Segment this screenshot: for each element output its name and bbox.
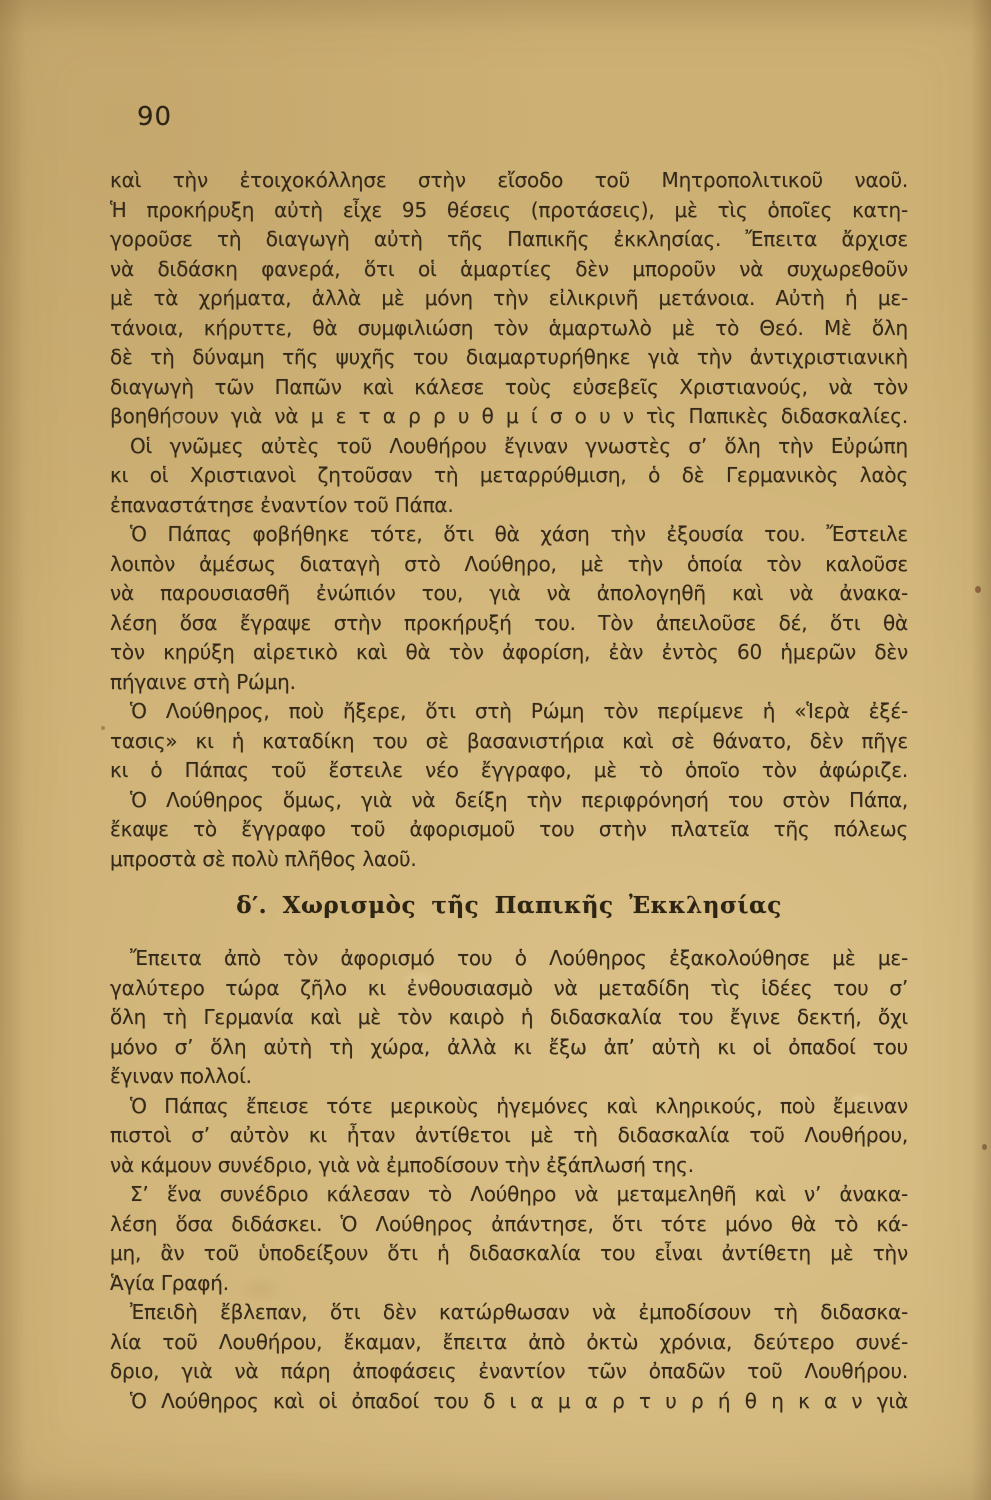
- page-number: 90: [137, 102, 172, 132]
- paragraph: Ἔπειτα ἀπὸ τὸν ἀφορισμό του ὁ Λούθηρος ἐ…: [110, 944, 908, 1092]
- text-line: νὰ παρουσιασθῆ ἐνώπιόν του, γιὰ νὰ ἀπολο…: [110, 579, 908, 609]
- paragraph: Ὁ Πάπας ἔπεισε τότε μερικοὺς ἡγεμόνες κα…: [110, 1092, 908, 1181]
- text-line: τάνοια, κήρυττε, θὰ συμφιλιώση τὸν ἁμαρτ…: [110, 314, 908, 344]
- text-line: Ὁ Λούθηρος ὅμως, γιὰ νὰ δείξη τὴν περιφρ…: [110, 786, 908, 816]
- text-line: Ἔπειτα ἀπὸ τὸν ἀφορισμό του ὁ Λούθηρος ἐ…: [110, 944, 908, 974]
- paragraph: Ὁ Λούθηρος, ποὺ ἤξερε, ὅτι στὴ Ρώμη τὸν …: [110, 697, 908, 786]
- paper-speck: [975, 586, 981, 593]
- text-line: νὰ διδάσκη φανερά, ὅτι οἱ ἁμαρτίες δὲν μ…: [110, 255, 908, 285]
- text-line: μη, ἂν τοῦ ὑποδείξουν ὅτι ἡ διδασκαλία τ…: [110, 1239, 908, 1269]
- text-line: Ἁγία Γραφή.: [110, 1269, 908, 1299]
- text-line: γαλύτερο τώρα ζῆλο κι ἐνθουσιασμὸ νὰ μετ…: [110, 974, 908, 1004]
- book-page: 90 καὶ τὴν ἐτοιχοκόλλησε στὴν εἴσοδο τοῦ…: [0, 0, 991, 1500]
- text-line: λέση ὅσα διδάσκει. Ὁ Λούθηρος ἀπάντησε, …: [110, 1210, 908, 1240]
- paragraph: Ὁ Λούθηρος καὶ οἱ ὀπαδοί του δ ι α μ α ρ…: [110, 1387, 908, 1417]
- text-line: Σ’ ἕνα συνέδριο κάλεσαν τὸ Λούθηρο νὰ με…: [110, 1180, 908, 1210]
- text-line: ἔγιναν πολλοί.: [110, 1062, 908, 1092]
- text-line: βοηθήσουν γιὰ νὰ μ ε τ α ρ ρ υ θ μ ί σ ο…: [110, 402, 908, 432]
- text-line: λία τοῦ Λουθήρου, ἔκαμαν, ἔπειτα ἀπὸ ὀκτ…: [110, 1328, 908, 1358]
- text-line: Ὁ Πάπας φοβήθηκε τότε, ὅτι θὰ χάση τὴν ἐ…: [110, 520, 908, 550]
- text-line: Ἡ προκήρυξη αὐτὴ εἶχε 95 θέσεις (προτάσε…: [110, 196, 908, 226]
- text-line: μπροστὰ σὲ πολὺ πλῆθος λαοῦ.: [110, 845, 908, 875]
- text-line: ἔκαψε τὸ ἔγγραφο τοῦ ἀφορισμοῦ του στὴν …: [110, 815, 908, 845]
- text-line: Ὁ Λούθηρος, ποὺ ἤξερε, ὅτι στὴ Ρώμη τὸν …: [110, 697, 908, 727]
- paragraph: Ὁ Λούθηρος ὅμως, γιὰ νὰ δείξη τὴν περιφρ…: [110, 786, 908, 875]
- text-line: τὸν κηρύξη αἱρετικὸ καὶ θὰ τὸν ἀφορίση, …: [110, 638, 908, 668]
- text-line: Οἱ γνῶμες αὐτὲς τοῦ Λουθήρου ἔγιναν γνωσ…: [110, 432, 908, 462]
- text-line: δριο, γιὰ νὰ πάρη ἀποφάσεις ἐναντίον τῶν…: [110, 1357, 908, 1387]
- text-line: κι ὁ Πάπας τοῦ ἔστειλε νέο ἔγγραφο, μὲ τ…: [110, 756, 908, 786]
- text-line: Ὁ Λούθηρος καὶ οἱ ὀπαδοί του δ ι α μ α ρ…: [110, 1387, 908, 1417]
- text-line: κι οἱ Χριστιανοὶ ζητοῦσαν τὴ μεταρρύθμισ…: [110, 461, 908, 491]
- paragraph: καὶ τὴν ἐτοιχοκόλλησε στὴν εἴσοδο τοῦ Μη…: [110, 166, 908, 432]
- text-line: πήγαινε στὴ Ρώμη.: [110, 668, 908, 698]
- text-line: πιστοὶ σ’ αὐτὸν κι ἦταν ἀντίθετοι μὲ τὴ …: [110, 1121, 908, 1151]
- text-line: ὅλη τὴ Γερμανία καὶ μὲ τὸν καιρὸ ἡ διδασ…: [110, 1003, 908, 1033]
- text-line: καὶ τὴν ἐτοιχοκόλλησε στὴν εἴσοδο τοῦ Μη…: [110, 166, 908, 196]
- text-line: διαγωγὴ τῶν Παπῶν καὶ κάλεσε τοὺς εὐσεβε…: [110, 373, 908, 403]
- text-line: μὲ τὰ χρήματα, ἀλλὰ μὲ μόνη τὴν εἰλικριν…: [110, 284, 908, 314]
- paragraph: Οἱ γνῶμες αὐτὲς τοῦ Λουθήρου ἔγιναν γνωσ…: [110, 432, 908, 521]
- text-line: Ὁ Πάπας ἔπεισε τότε μερικοὺς ἡγεμόνες κα…: [110, 1092, 908, 1122]
- paragraph: Ἐπειδὴ ἔβλεπαν, ὅτι δὲν κατώρθωσαν νὰ ἐμ…: [110, 1298, 908, 1387]
- section-heading: δ′. Χωρισμὸς τῆς Παπικῆς Ἐκκλησίας: [110, 886, 908, 926]
- text-line: μόνο σ’ ὅλη αὐτὴ τὴ χώρα, ἀλλὰ κι ἔξω ἀπ…: [110, 1033, 908, 1063]
- text-line: λοιπὸν ἀμέσως διαταγὴ στὸ Λούθηρο, μὲ τὴ…: [110, 550, 908, 580]
- text-line: τασις» κι ἡ καταδίκη του σὲ βασανιστήρια…: [110, 727, 908, 757]
- paragraph: Ὁ Πάπας φοβήθηκε τότε, ὅτι θὰ χάση τὴν ἐ…: [110, 520, 908, 697]
- text-line: γοροῦσε τὴ διαγωγὴ αὐτὴ τῆς Παπικῆς ἐκκλ…: [110, 225, 908, 255]
- text-line: Ἐπειδὴ ἔβλεπαν, ὅτι δὲν κατώρθωσαν νὰ ἐμ…: [110, 1298, 908, 1328]
- paragraph: Σ’ ἕνα συνέδριο κάλεσαν τὸ Λούθηρο νὰ με…: [110, 1180, 908, 1298]
- text-line: νὰ κάμουν συνέδριο, γιὰ νὰ ἐμποδίσουν τὴ…: [110, 1151, 908, 1181]
- text-line: δὲ τὴ δύναμη τῆς ψυχῆς του διαμαρτυρήθηκ…: [110, 343, 908, 373]
- text-line: ἐπαναστάτησε ἐναντίον τοῦ Πάπα.: [110, 491, 908, 521]
- paper-speck: [982, 1144, 987, 1150]
- text-line: λέση ὅσα ἔγραψε στὴν προκήρυξή του. Τὸν …: [110, 609, 908, 639]
- paper-speck: [101, 726, 105, 730]
- text-column: καὶ τὴν ἐτοιχοκόλλησε στὴν εἴσοδο τοῦ Μη…: [110, 166, 908, 1416]
